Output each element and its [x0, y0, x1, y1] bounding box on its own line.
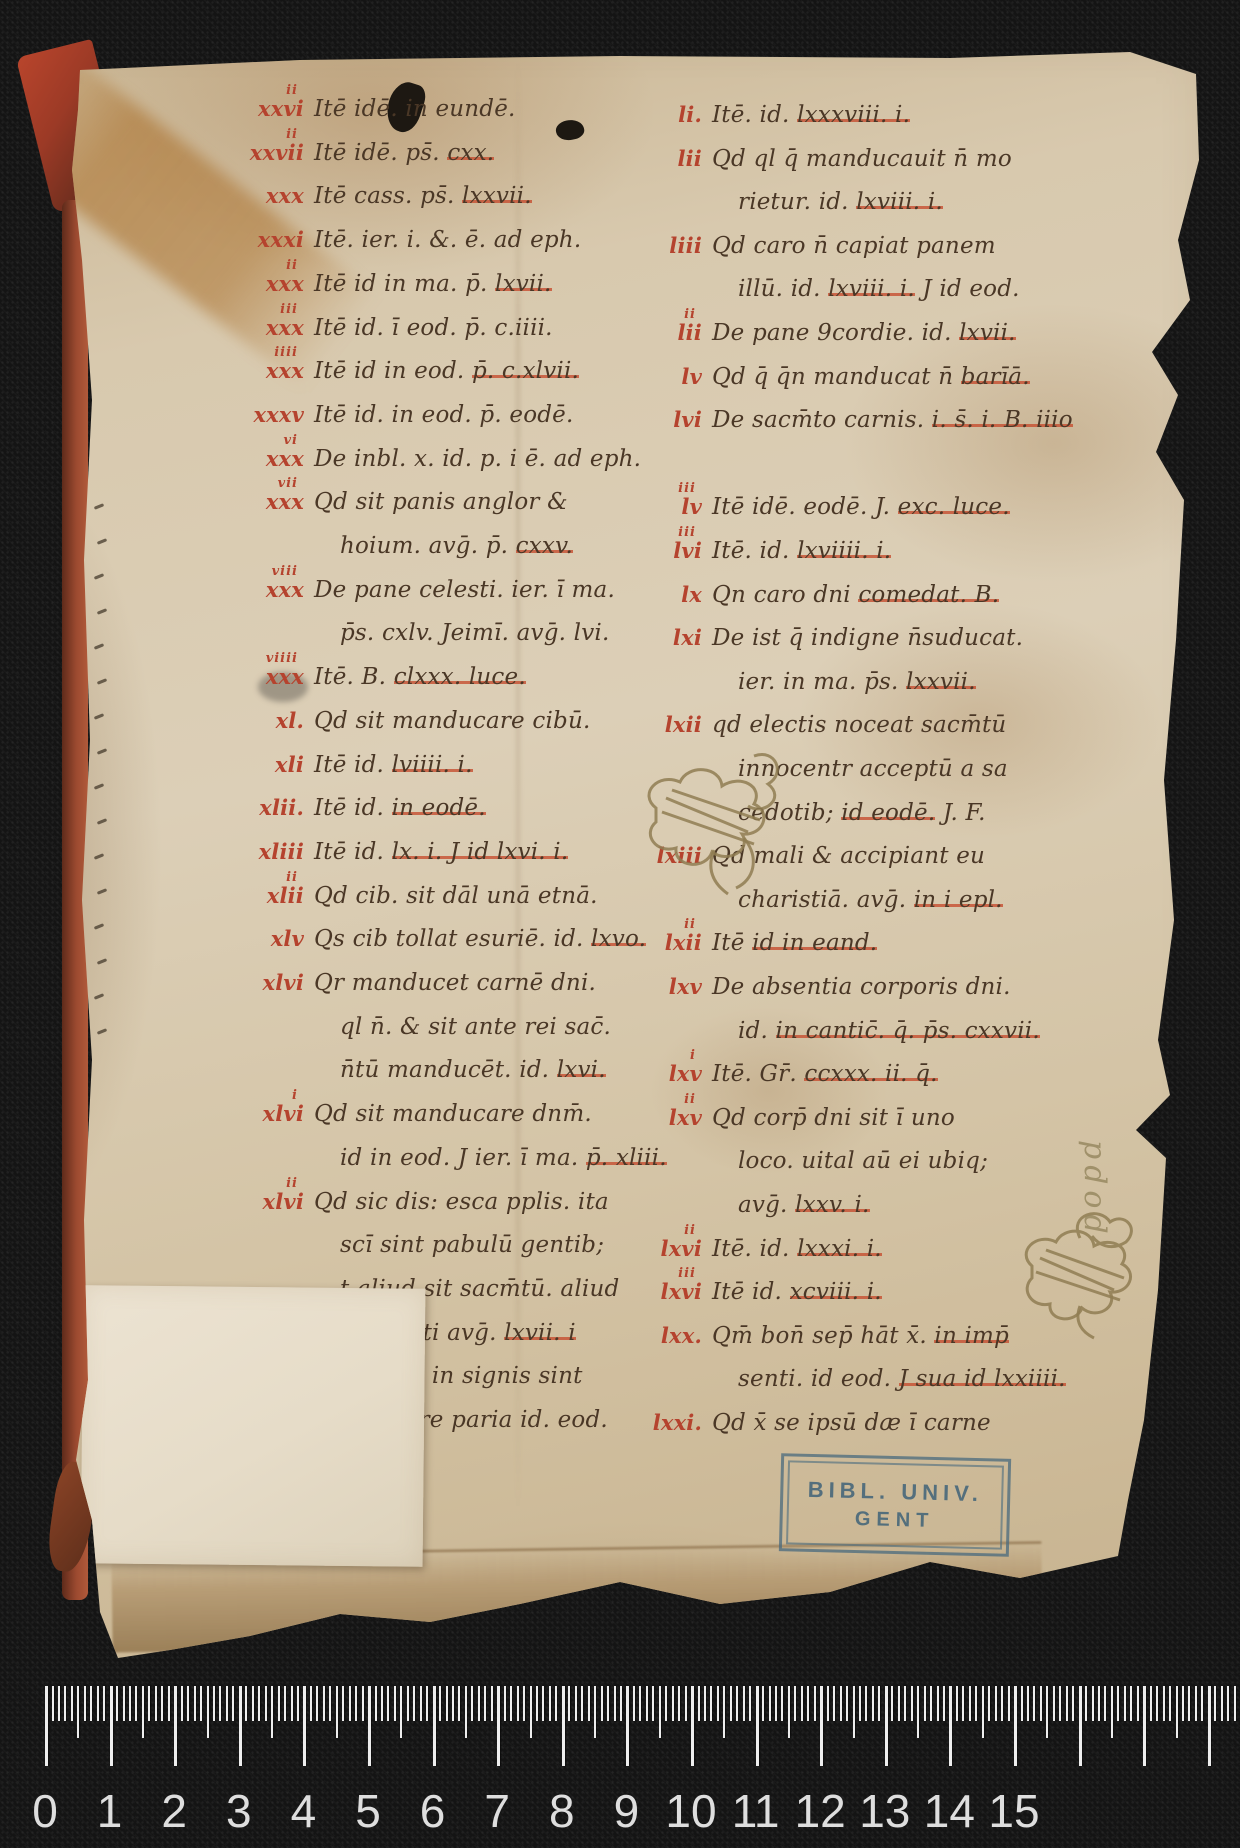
paper-patch: [81, 1285, 426, 1567]
entry-text: id.: [738, 1018, 776, 1044]
entry-text: Qd corp̄ dni sit ī uno: [712, 1105, 955, 1131]
ruler-tick: [181, 1686, 183, 1721]
ruler-tick: [336, 1686, 338, 1738]
ruler-tick: [562, 1686, 565, 1766]
ruler-tick: [1027, 1686, 1029, 1721]
rubric-numeral: xliii: [228, 839, 314, 864]
entry-text: Itē idē. in eundē.: [314, 96, 516, 122]
red-underlined-citation: xcviii. i.: [790, 1279, 882, 1305]
ruler-tick: [924, 1686, 926, 1721]
ruler-tick: [103, 1686, 105, 1721]
rubric-numeral: xliiii: [228, 883, 314, 908]
ruler-tick: [375, 1686, 377, 1721]
ruler-cm-label: 10: [656, 1784, 726, 1838]
ruler-tick: [1021, 1686, 1023, 1721]
ruler-tick: [937, 1686, 939, 1721]
text-line: xlii.Itē id. in eodē.: [228, 795, 486, 821]
text-line: lviiiItē idē. eodē. J. exc. luce.: [632, 494, 1010, 520]
text-line: lxx.Qm̄ bon̄ sep̄ hāt x̄. in imp̄: [632, 1323, 1009, 1349]
text-line: illū. id. lxviii. i. J id eod.: [632, 276, 1020, 302]
rubric-numeral: xxxviiii: [228, 664, 314, 689]
ruler-tick: [1040, 1686, 1042, 1721]
photo-canvas: { "manuscript": { "description": "mediev…: [0, 0, 1240, 1848]
entry-text: Qd ql q̄ manducauit n̄ mo: [712, 146, 1012, 172]
rubric-numeral: xxxv: [228, 402, 314, 427]
ruler-tick: [723, 1686, 725, 1738]
rubric-numeral: lvi: [632, 407, 712, 432]
rubric-numeral-superscript: vi: [284, 433, 299, 448]
ruler-tick: [478, 1686, 480, 1721]
ruler-tick: [523, 1686, 525, 1721]
text-line: li.Itē. id. lxxxviii. i.: [632, 102, 910, 128]
ruler-tick: [1014, 1686, 1017, 1766]
rubric-numeral-superscript: vii: [278, 476, 298, 491]
text-line: scī sint pabulū gentib;: [228, 1232, 604, 1258]
rubric-numeral-superscript: viiii: [266, 651, 298, 666]
rubric-numeral: xlvi: [228, 970, 314, 995]
text-line: n̄tū manducēt. id. lxvi.: [228, 1057, 606, 1083]
ruler-tick: [859, 1686, 861, 1721]
red-underlined-citation: lxviii. i.: [856, 189, 943, 215]
ruler-tick: [691, 1686, 694, 1766]
ruler-tick: [1156, 1686, 1158, 1721]
ruler-tick: [827, 1686, 829, 1721]
text-line: xxviiiItē idē. in eundē.: [228, 96, 516, 122]
ruler-tick: [885, 1686, 888, 1766]
entry-text: hoium. avḡ. p̄.: [340, 533, 516, 559]
entry-text: Itē. id.: [712, 1236, 797, 1262]
ruler-tick: [207, 1686, 209, 1738]
ruler-tick: [52, 1686, 54, 1721]
ruler-tick: [58, 1686, 60, 1721]
ruler-tick: [510, 1686, 512, 1721]
text-line: xlviiiQd sic dis: esca pplis. ita: [228, 1189, 609, 1215]
entry-text: De sacm̄to carnis.: [712, 407, 932, 433]
ruler-tick: [536, 1686, 538, 1721]
ruler-tick: [975, 1686, 977, 1721]
ruler-tick: [678, 1686, 680, 1721]
rubric-numeral: lxiiii: [632, 930, 712, 955]
ruler-cm-label: 3: [204, 1784, 274, 1838]
entry-text: Itē idē. ps̄.: [314, 140, 447, 166]
text-line: lxviItē. Gr̄. ccxxx. ii. q̄.: [632, 1061, 938, 1087]
ruler-tick: [368, 1686, 371, 1766]
ruler-tick: [1001, 1686, 1003, 1721]
text-line: lxvDe absentia corporis dni.: [632, 974, 1011, 1000]
entry-text: Qd cib. sit dāl unā etnā.: [314, 883, 598, 909]
entry-text: senti. id eod.: [738, 1366, 899, 1392]
ruler-tick: [420, 1686, 422, 1721]
ruler-tick: [639, 1686, 641, 1721]
ruler-tick: [1092, 1686, 1094, 1721]
ruler-tick: [775, 1686, 777, 1721]
text-line: xxxviiQd sit panis anglor &: [228, 489, 568, 515]
ruler-tick: [77, 1686, 79, 1738]
ruler-tick: [730, 1686, 732, 1721]
red-underlined-citation: lviiii. i.: [392, 752, 473, 778]
entry-text: Itē. id.: [712, 538, 797, 564]
rubric-numeral: xxviiii: [228, 140, 314, 165]
ruler-tick: [90, 1686, 92, 1721]
ruler-tick: [1188, 1686, 1190, 1721]
ruler-tick: [452, 1686, 454, 1721]
entry-text: Itē. id.: [712, 102, 797, 128]
ruler-tick: [1098, 1686, 1100, 1721]
text-line: xxxviDe inbl. x. id. p. i ē. ad eph.: [228, 446, 641, 472]
rubric-numeral: xxxiiii: [228, 358, 314, 383]
red-underlined-citation: id eodē.: [841, 800, 935, 826]
text-line: xliItē id. lviiii. i.: [228, 752, 473, 778]
ruler-tick: [155, 1686, 157, 1721]
ruler-tick: [1046, 1686, 1048, 1738]
entry-text: p̄s. cxlv. Jeimī. avḡ. lvi.: [340, 620, 610, 646]
text-line: xxxviiiiItē. B. clxxx. luce.: [228, 664, 526, 690]
entry-text: Qd caro n̄ capiat panem: [712, 233, 996, 259]
text-line: xxxiiiItē id. ī eod. p̄. c.iiii.: [228, 315, 553, 341]
entry-text: qd electis noceat sacm̄tū: [712, 712, 1006, 738]
red-underlined-citation: in i epl.: [914, 887, 1003, 913]
ruler-tick: [1195, 1686, 1197, 1721]
text-line: xxxItē cass. ps̄. lxxvii.: [228, 183, 532, 209]
ruler-tick: [801, 1686, 803, 1721]
ruler-tick: [1163, 1686, 1165, 1721]
ruler-tick: [168, 1686, 170, 1721]
ruler-tick: [497, 1686, 500, 1766]
text-line: senti. id eod. J sua id lxxiiii.: [632, 1366, 1066, 1392]
ruler-tick: [949, 1686, 952, 1766]
ruler-tick: [1150, 1686, 1152, 1721]
text-line: lxiiiiItē id in eand.: [632, 930, 877, 956]
ruler-tick: [310, 1686, 312, 1721]
ruler-tick: [685, 1686, 687, 1721]
text-line: lxviiiItē. id. lxxxi. i.: [632, 1236, 882, 1262]
entry-text: Qm̄ bon̄ sep̄ hāt x̄.: [712, 1323, 934, 1349]
text-line: xxxiItē. ier. i. &. ē. ad eph.: [228, 227, 581, 253]
text-line: xlviQr manducet carnē dni.: [228, 970, 596, 996]
ruler-tick: [1234, 1686, 1236, 1721]
ruler-tick: [911, 1686, 913, 1721]
entry-text: Itē id in ma. p̄.: [314, 271, 495, 297]
text-line: lxviiiiItē id. xcviii. i.: [632, 1279, 882, 1305]
ruler-tick: [568, 1686, 570, 1721]
ruler-tick: [1072, 1686, 1074, 1721]
ruler-tick: [407, 1686, 409, 1721]
red-underlined-citation: lxxv. i.: [795, 1192, 869, 1218]
rubric-numeral-superscript: ii: [286, 83, 298, 98]
text-line: ier. in ma. p̄s. lxxvii.: [632, 669, 976, 695]
rubric-numeral: lxviii: [632, 1236, 712, 1261]
rubric-numeral: lx: [632, 582, 712, 607]
ruler-cm-label: 14: [914, 1784, 984, 1838]
ruler-tick: [426, 1686, 428, 1721]
ruler-tick: [465, 1686, 467, 1738]
ruler-tick: [394, 1686, 396, 1721]
rubric-numeral-superscript: ii: [286, 870, 298, 885]
rubric-numeral: lxvii: [632, 1105, 712, 1130]
ruler-tick: [517, 1686, 519, 1721]
ruler-cm-label: 1: [75, 1784, 145, 1838]
text-line: avḡ. lxxv. i.: [632, 1192, 870, 1218]
red-underlined-citation: comedat. B.: [858, 582, 999, 608]
ruler-tick: [794, 1686, 796, 1721]
ruler-cm-label: 5: [333, 1784, 403, 1838]
ruler-tick: [362, 1686, 364, 1721]
ruler-tick: [439, 1686, 441, 1721]
ruler-tick: [161, 1686, 163, 1721]
text-line: liiQd ql q̄ manducauit n̄ mo: [632, 146, 1012, 172]
rubric-numeral-superscript: ii: [684, 917, 696, 932]
rubric-numeral-superscript: ii: [286, 1176, 298, 1191]
entry-text: De pane celesti. ier. ī ma.: [314, 577, 615, 603]
red-underlined-citation: lxviiii. i.: [797, 538, 891, 564]
ruler-tick: [1130, 1686, 1132, 1721]
text-line: p̄s. cxlv. Jeimī. avḡ. lvi.: [228, 620, 610, 646]
rubric-numeral-superscript: iii: [678, 1266, 696, 1281]
entry-text: ier. in ma. p̄s.: [738, 669, 906, 695]
ruler-tick: [1059, 1686, 1061, 1721]
rubric-numeral: lv: [632, 364, 712, 389]
text-line: hoium. avḡ. p̄. cxxv.: [228, 533, 573, 559]
ruler-tick: [129, 1686, 131, 1721]
text-line: ql n̄. & sit ante rei sac̄.: [228, 1014, 611, 1040]
entry-text: Itē. ier. i. &. ē. ad eph.: [314, 227, 581, 253]
ruler-tick: [710, 1686, 712, 1721]
ruler-tick: [226, 1686, 228, 1721]
ruler-tick: [555, 1686, 557, 1721]
red-underlined-citation: lxvii.: [495, 271, 552, 297]
ruler-tick: [297, 1686, 299, 1721]
ruler-cm-label: 2: [139, 1784, 209, 1838]
entry-text: Itē id.: [314, 752, 392, 778]
rubric-numeral: xlvii: [228, 1101, 314, 1126]
ruler-tick: [504, 1686, 506, 1721]
entry-text: Itē. B.: [314, 664, 394, 690]
ruler-cm-label: 7: [462, 1784, 532, 1838]
red-underlined-citation: in eodē.: [392, 795, 486, 821]
rubric-numeral-superscript: iii: [678, 525, 696, 540]
ruler-tick: [982, 1686, 984, 1738]
red-underlined-citation: lxvi.: [557, 1057, 606, 1083]
ruler-cm-label: 4: [268, 1784, 338, 1838]
entry-text: Qd x̄ se ipsū dæ ī carne: [712, 1410, 991, 1436]
ruler-tick: [1085, 1686, 1087, 1721]
ruler-tick: [943, 1686, 945, 1721]
entry-text: loco. uital aū ei ubiq;: [738, 1148, 988, 1174]
ruler-tick: [1169, 1686, 1171, 1721]
text-line: lxxi.Qd x̄ se ipsū dæ ī carne: [632, 1410, 991, 1436]
ruler-tick: [110, 1686, 113, 1766]
ruler-tick: [917, 1686, 919, 1738]
rubric-numeral: lxx.: [632, 1323, 712, 1348]
rubric-numeral-superscript: i: [690, 1048, 696, 1063]
ruler-tick: [291, 1686, 293, 1721]
entry-text: De pane 9cordie. id.: [712, 320, 959, 346]
ruler-cm-label: 8: [527, 1784, 597, 1838]
ruler-tick: [387, 1686, 389, 1721]
centimeter-ruler: 0123456789101112131415: [0, 1680, 1240, 1848]
ruler-tick: [788, 1686, 790, 1738]
rubric-numeral: li.: [632, 102, 712, 127]
text-line: loco. uital aū ei ubiq;: [632, 1148, 988, 1174]
ruler-tick: [743, 1686, 745, 1721]
ruler-tick: [814, 1686, 816, 1721]
ruler-tick: [969, 1686, 971, 1721]
text-line: xlvQs cib tollat esuriē. id. lxvo.: [228, 926, 646, 952]
entry-text: De ist q̄ indigne n̄suducat.: [712, 625, 1023, 651]
ruler-tick: [1143, 1686, 1146, 1766]
ruler-tick: [200, 1686, 202, 1721]
rubric-numeral: lxviiii: [632, 1279, 712, 1304]
red-underlined-citation: lx. i. J id lxvi. i.: [392, 839, 569, 865]
ruler-tick: [865, 1686, 867, 1721]
ruler-tick: [329, 1686, 331, 1721]
ruler-tick: [271, 1686, 273, 1738]
ruler-tick: [736, 1686, 738, 1721]
entry-text: Itē: [712, 930, 752, 956]
library-stamp: BIBL. UNIV. GENT: [779, 1453, 1011, 1557]
entry-text: Itē idē. eodē. J.: [712, 494, 898, 520]
ruler-tick: [97, 1686, 99, 1721]
ruler-tick: [588, 1686, 590, 1721]
ruler-tick: [458, 1686, 460, 1721]
rubric-numeral-superscript: ii: [286, 127, 298, 142]
knot-flourish-icon: [636, 746, 786, 902]
entry-text: Qd q̄ q̄n manducat n̄: [712, 364, 961, 390]
ruler-tick: [633, 1686, 635, 1721]
ruler-tick: [769, 1686, 771, 1721]
entry-text: Itē id in eod.: [314, 358, 472, 384]
ruler-tick: [833, 1686, 835, 1721]
ruler-tick: [148, 1686, 150, 1721]
entry-text: J id eod.: [915, 276, 1020, 302]
ruler-tick: [872, 1686, 874, 1721]
ruler-tick: [484, 1686, 486, 1721]
stamp-text-line2: GENT: [855, 1508, 935, 1533]
entry-text: Itē id.: [712, 1279, 790, 1305]
ruler-tick: [278, 1686, 280, 1721]
ruler-tick: [749, 1686, 751, 1721]
ruler-tick: [45, 1686, 48, 1766]
ruler-tick: [116, 1686, 118, 1721]
red-underlined-citation: clxxx. luce.: [394, 664, 526, 690]
red-underlined-citation: barīā.: [961, 364, 1030, 390]
text-line: xxxiiItē id in ma. p̄. lxvii.: [228, 271, 552, 297]
ruler-cm-label: 0: [10, 1784, 80, 1838]
stamp-text-line1: BIBL. UNIV.: [807, 1476, 983, 1506]
ruler-tick: [413, 1686, 415, 1721]
entry-text: Qd sic dis: esca pplis. ita: [314, 1189, 609, 1215]
ruler-tick: [355, 1686, 357, 1721]
red-underlined-citation: lxxxi. i.: [797, 1236, 882, 1262]
entry-text: De inbl. x. id. p. i ē. ad eph.: [314, 446, 641, 472]
ruler-tick: [194, 1686, 196, 1721]
rubric-numeral: lviiii: [632, 538, 712, 563]
red-underlined-citation: lxvii. i: [504, 1320, 576, 1346]
ruler-tick: [594, 1686, 596, 1738]
red-underlined-citation: id in eand.: [752, 930, 877, 956]
ruler-tick: [1124, 1686, 1126, 1721]
ruler-tick: [704, 1686, 706, 1721]
text-line: liiiiDe pane 9cordie. id. lxvii.: [632, 320, 1016, 346]
red-underlined-citation: cxxv.: [516, 533, 573, 559]
ruler-cm-label: 9: [591, 1784, 661, 1838]
text-line: lxviiQd corp̄ dni sit ī uno: [632, 1105, 955, 1131]
text-line: xxviiiiItē idē. ps̄. cxx.: [228, 140, 494, 166]
ruler-tick: [1066, 1686, 1068, 1721]
ruler-tick: [672, 1686, 674, 1721]
ruler-tick: [659, 1686, 661, 1738]
ruler-tick: [665, 1686, 667, 1721]
ruler-cm-label: 12: [785, 1784, 855, 1838]
rubric-numeral: xxxvii: [228, 489, 314, 514]
rubric-numeral-superscript: viii: [272, 564, 298, 579]
ruler-tick: [542, 1686, 544, 1721]
rubric-numeral: xxxii: [228, 271, 314, 296]
red-underlined-citation: J sua id lxxiiii.: [899, 1366, 1066, 1392]
ruler-tick: [323, 1686, 325, 1721]
ruler-cm-label: 15: [979, 1784, 1049, 1838]
ruler-tick: [219, 1686, 221, 1721]
ruler-tick: [1053, 1686, 1055, 1721]
ruler-tick: [1033, 1686, 1035, 1721]
rubric-numeral-superscript: iii: [280, 302, 298, 317]
ruler-tick: [71, 1686, 73, 1721]
text-line: xxxvItē id. in eod. p̄. eodē.: [228, 402, 574, 428]
rubric-numeral: lxi: [632, 625, 712, 650]
text-line: rietur. id. lxviii. i.: [632, 189, 943, 215]
ruler-tick: [717, 1686, 719, 1721]
ruler-tick: [213, 1686, 215, 1721]
entry-text: J. F.: [935, 800, 985, 826]
rubric-numeral: xlviii: [228, 1189, 314, 1214]
text-line: liiiQd caro n̄ capiat panem: [632, 233, 996, 259]
rubric-numeral: xxxiii: [228, 315, 314, 340]
ruler-tick: [123, 1686, 125, 1721]
ruler-tick: [1079, 1686, 1082, 1766]
entry-text: Qn caro dni: [712, 582, 858, 608]
ruler-tick: [135, 1686, 137, 1721]
ruler-tick: [1104, 1686, 1106, 1721]
rubric-numeral-superscript: ii: [684, 1223, 696, 1238]
text-line: lxQn caro dni comedat. B.: [632, 582, 999, 608]
ruler-tick: [988, 1686, 990, 1721]
ruler-tick: [620, 1686, 622, 1721]
ruler-tick: [762, 1686, 764, 1721]
ruler-tick: [284, 1686, 286, 1721]
entry-text: Qs cib tollat esuriē. id.: [314, 926, 591, 952]
ruler-tick: [846, 1686, 848, 1721]
text-line: xliiiItē id. lx. i. J id lxvi. i.: [228, 839, 568, 865]
red-underlined-citation: i. s̄. i. B. iiio: [932, 407, 1073, 433]
ruler-tick: [433, 1686, 436, 1766]
ruler-tick: [142, 1686, 144, 1738]
rubric-numeral: xxxvi: [228, 446, 314, 471]
ruler-tick: [878, 1686, 880, 1721]
rubric-numeral-superscript: iiii: [274, 345, 298, 360]
ruler-cm-label: 13: [850, 1784, 920, 1838]
ruler-tick: [174, 1686, 177, 1766]
rubric-numeral: lxxi.: [632, 1410, 712, 1435]
text-line: xlviiQd sit manducare dnm̄.: [228, 1101, 592, 1127]
ruler-tick: [316, 1686, 318, 1721]
ruler-tick: [646, 1686, 648, 1721]
entry-text: Qd sit panis anglor &: [314, 489, 568, 515]
entry-text: ql n̄. & sit ante rei sac̄.: [340, 1014, 611, 1040]
ruler-tick: [956, 1686, 958, 1721]
text-line: xxxiiiiItē id in eod. p̄. c.xlvii.: [228, 358, 579, 384]
ruler-tick: [807, 1686, 809, 1721]
entry-text: n̄tū manducēt. id.: [340, 1057, 557, 1083]
